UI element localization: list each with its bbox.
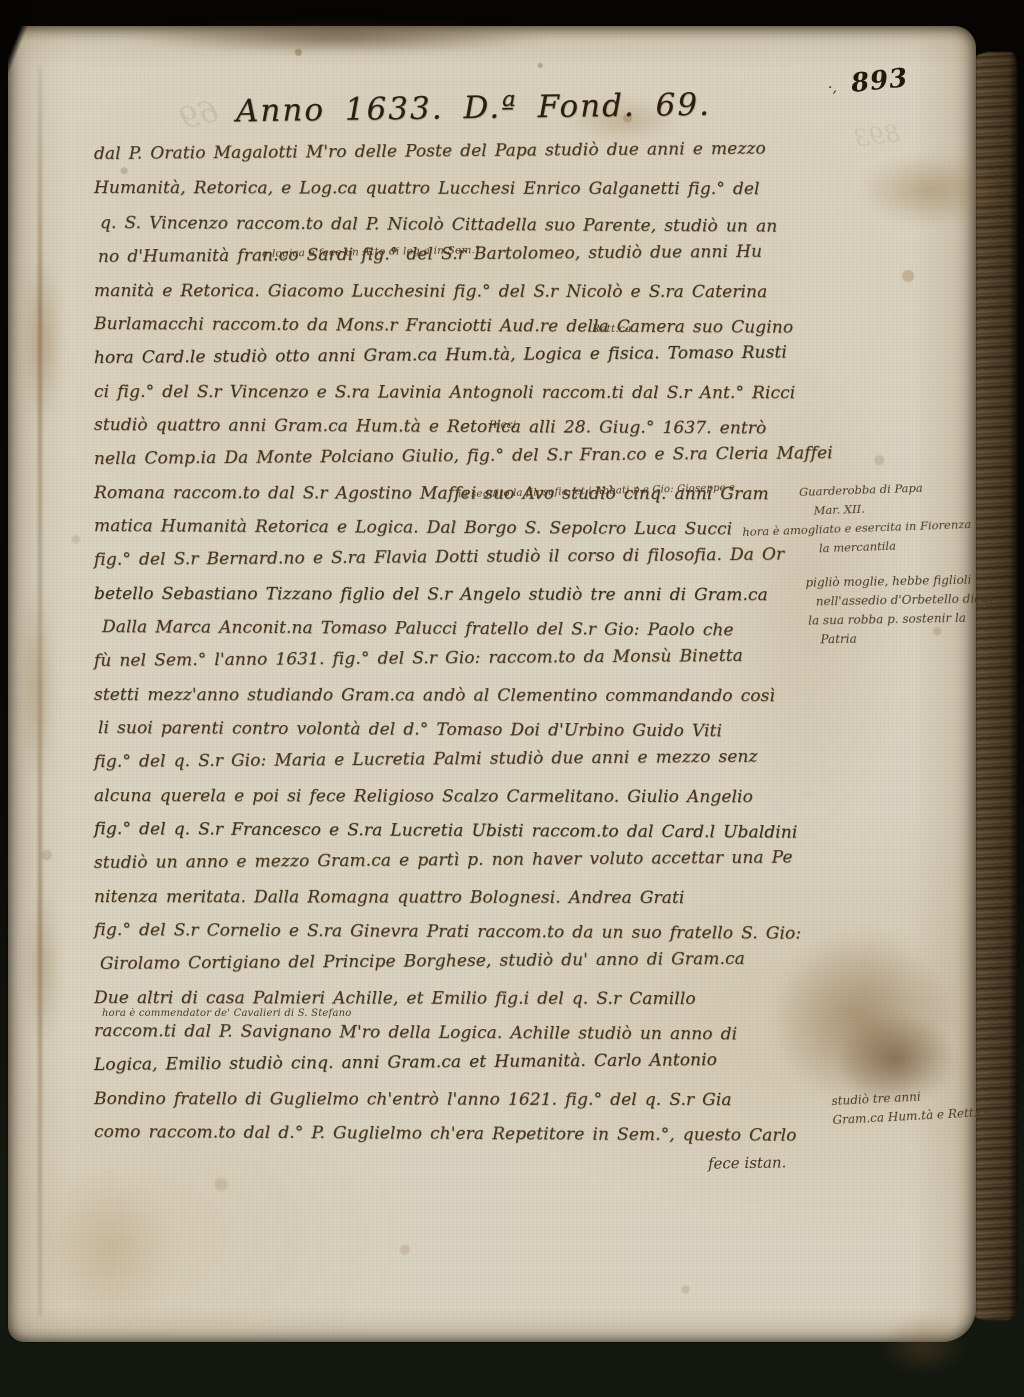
- stain-blob: [26, 886, 60, 1046]
- interline-note: Rett.ca: [592, 323, 631, 335]
- manuscript-text-block: dal P. Oratio Magalotti M'ro delle Poste…: [94, 144, 810, 1174]
- manuscript-page: 69 893 ·, 893 Anno 1633. D.ª Fond. 69. d…: [8, 26, 976, 1342]
- text-line: alcuna querela e poi si fece Religioso S…: [94, 786, 810, 821]
- text-line: fig.° del q. S.r Gio: Maria e Lucretia P…: [94, 746, 810, 786]
- margin-note-line: la sua robba p. sostenir la: [808, 608, 993, 630]
- text-line: hora Card.le studiò otto anni Gram.ca Hu…: [94, 342, 810, 382]
- top-left-shadow-wedge: [0, 0, 40, 86]
- text-line: studiò un anno e mezzo Gram.ca e partì p…: [94, 847, 810, 887]
- stain-blob: [22, 256, 62, 426]
- folio-number: 893: [850, 63, 910, 99]
- text-line: nella Comp.ia Da Monte Polciano Giulio, …: [94, 443, 810, 483]
- text-line: Bondino fratello di Guglielmo ch'entrò l…: [94, 1089, 810, 1124]
- margin-note: pigliò moglie, hebbe figlioli nell'assed…: [805, 570, 993, 649]
- text-line: manità e Retorica. Giacomo Lucchesini fi…: [94, 281, 810, 316]
- text-line: Girolamo Cortigiano del Principe Borghes…: [94, 948, 816, 988]
- text-line: nitenza meritata. Dalla Romagna quattro …: [94, 887, 810, 922]
- top-edge-grime: [128, 20, 548, 54]
- text-line: fù nel Sem.° l'anno 1631. fig.° del S.r …: [94, 645, 810, 685]
- margin-note: Guarderobba di Papa Mar. XII. hora è amo…: [741, 477, 972, 561]
- folio-ink-marks: ·,: [828, 80, 837, 96]
- scanned-manuscript-photo: 69 893 ·, 893 Anno 1633. D.ª Fond. 69. d…: [0, 0, 1024, 1397]
- interline-note: hora è commendator de' Cavalieri di S. S…: [102, 1008, 351, 1019]
- stain-blob: [20, 586, 54, 786]
- text-line: como raccom.to dal d.° P. Guglielmo ch'e…: [94, 1122, 810, 1160]
- margin-note-line: nell'assedio d'Orbetello diedi: [816, 589, 993, 611]
- text-line: ci fig.° del S.r Vincenzo e S.ra Lavinia…: [94, 382, 810, 417]
- text-line: stetti mezz'anno studiando Gram.ca andò …: [94, 685, 810, 720]
- stain-blob: [860, 154, 1000, 226]
- interline-note: Ricci: [489, 419, 516, 431]
- catchword: fece istan.: [708, 1153, 787, 1172]
- page-title: Anno 1633. D.ª Fond. 69.: [236, 87, 711, 130]
- stain-blob: [44, 1176, 174, 1326]
- text-line: Logica, Emilio studiò cinq. anni Gram.ca…: [94, 1049, 810, 1089]
- text-line: Humanità, Retorica, e Log.ca quattro Luc…: [94, 178, 810, 213]
- text-line: fig.° del S.r Bernard.no e S.ra Flavia D…: [94, 544, 810, 584]
- stain-blob: [878, 1316, 968, 1376]
- text-line: dal P. Oratio Magalotti M'ro delle Poste…: [94, 138, 810, 178]
- text-line: betello Sebastiano Tizzano figlio del S.…: [94, 584, 810, 619]
- margin-note-line: Patria: [820, 627, 993, 649]
